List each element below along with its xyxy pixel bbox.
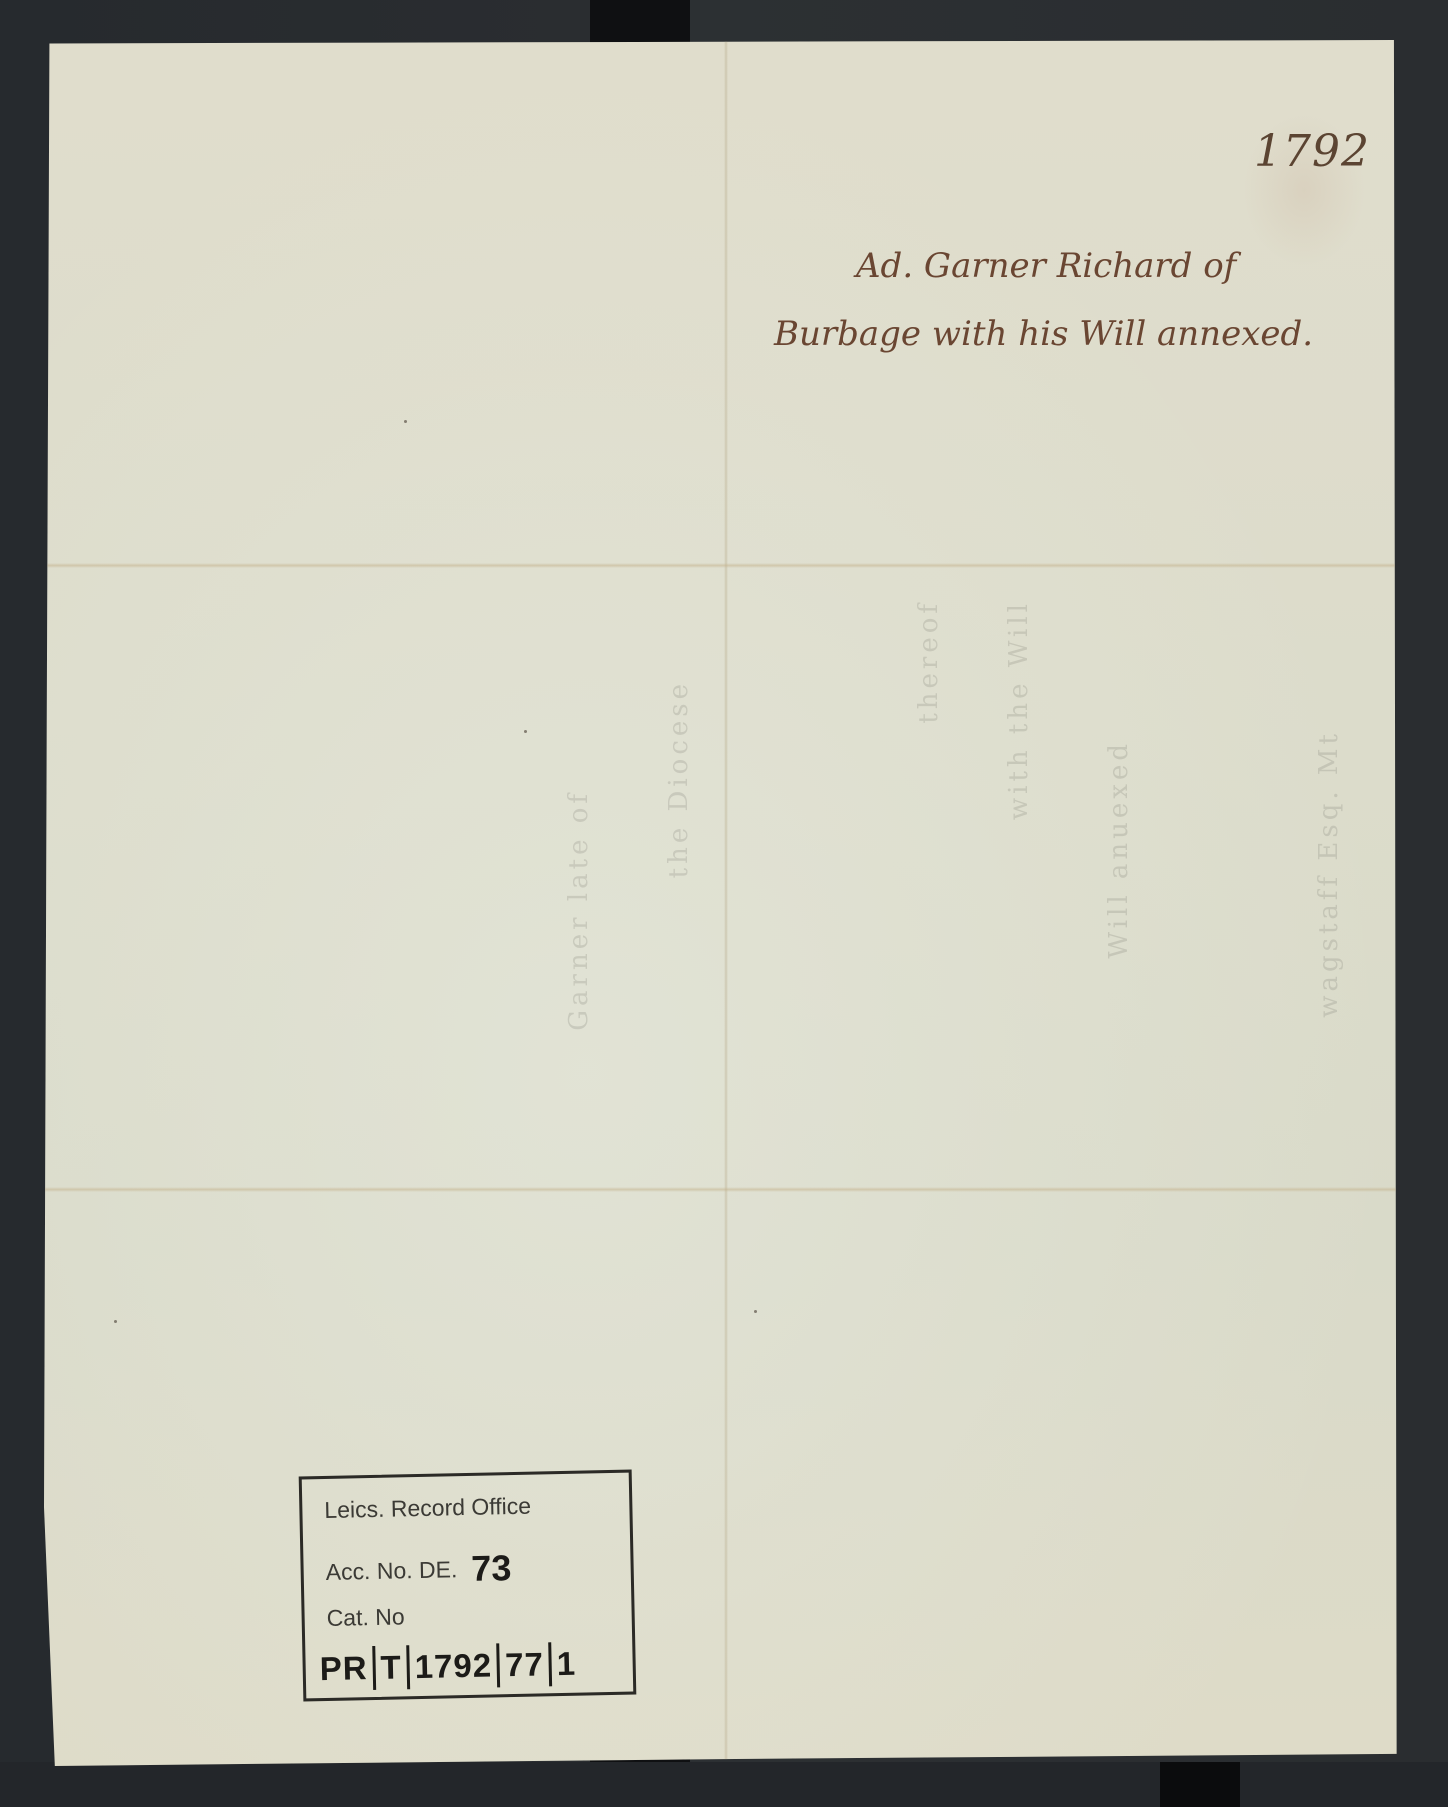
endorsement-line-2: Burbage with his Will annexed. (774, 314, 1313, 354)
paper-speck (114, 1320, 117, 1323)
bleed-through-text: wagstaff Esq. Mt (1314, 730, 1344, 1018)
stamp-catalogue-number: PR T 1792 77 1 (319, 1642, 576, 1691)
horizontal-fold-line-lower (44, 1187, 1398, 1192)
bleed-through-text: thereof (914, 600, 944, 724)
vertical-fold-line (724, 40, 728, 1766)
stamp-office-name: Leics. Record Office (324, 1493, 531, 1524)
cat-part: T (380, 1648, 402, 1686)
cat-separator (406, 1645, 410, 1689)
bleed-through-text: Will anuexed (1104, 740, 1134, 959)
document-sheet: wagstaff Esq. Mt Will anuexed with the W… (44, 40, 1398, 1766)
cat-separator (372, 1646, 376, 1690)
paper-speck (524, 730, 527, 733)
scanner-background-bottom (0, 1762, 1448, 1807)
record-office-stamp: Leics. Record Office Acc. No. DE.73 Cat.… (299, 1470, 637, 1702)
stamp-acc-row: Acc. No. DE.73 (325, 1547, 512, 1593)
year-annotation: 1792 (1254, 126, 1370, 177)
bleed-through-text: the Diocese (664, 680, 694, 878)
horizontal-fold-line-upper (44, 563, 1398, 568)
cat-separator (548, 1642, 552, 1686)
cat-part: 1 (556, 1645, 576, 1683)
cat-part: 1792 (414, 1647, 492, 1687)
paper-speck (754, 1310, 757, 1313)
bleed-through-text: with the Will (1004, 600, 1034, 820)
stamp-acc-number: 73 (471, 1547, 512, 1589)
endorsement-line-1: Ad. Garner Richard of (856, 246, 1236, 286)
stamp-cat-label: Cat. No (326, 1603, 405, 1632)
cat-separator (497, 1643, 501, 1687)
bleed-through-text: Garner late of (564, 790, 594, 1031)
stamp-acc-label: Acc. No. DE. (325, 1556, 457, 1585)
cat-part: PR (319, 1649, 368, 1688)
paper-speck (404, 420, 407, 423)
cat-part: 77 (505, 1645, 545, 1684)
